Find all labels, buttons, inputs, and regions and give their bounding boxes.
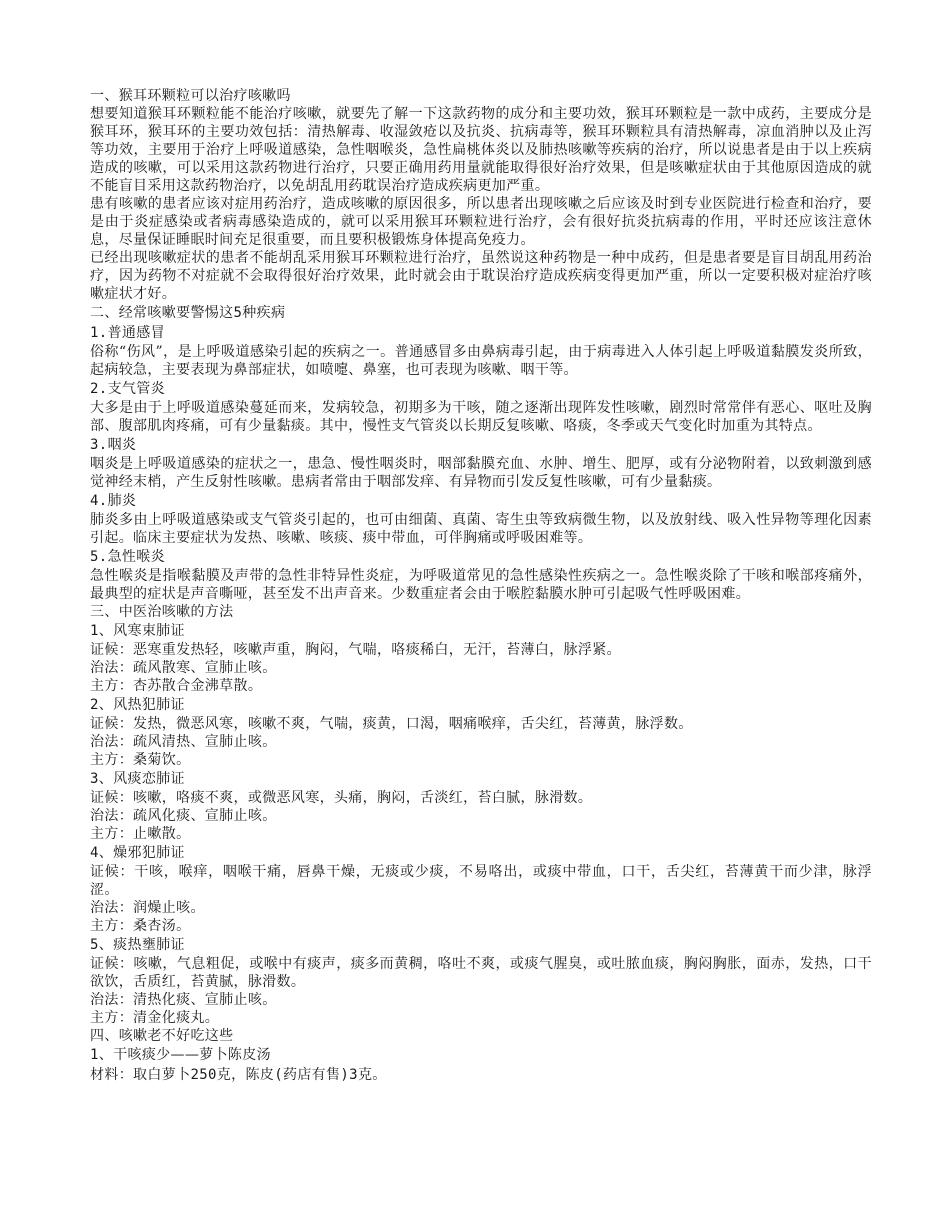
subheading: 3、风痰恋肺证 [90,769,872,789]
paragraph: 咽炎是上呼吸道感染的症状之一，患急、慢性咽炎时，咽部黏膜充血、水肿、增生、肥厚，… [90,455,872,491]
section-title-number: 5 [234,305,243,321]
paragraph: 大多是由于上呼吸道感染蔓延而来，发病较急，初期多为干咳，随之逐渐出现阵发性咳嗽，… [90,399,872,435]
paragraph: 已经出现咳嗽症状的患者不能胡乱采用猴耳环颗粒进行治疗，虽然说这种药物是一种中成药… [90,249,872,303]
subheading-text: 肺炎 [108,493,137,509]
materials-mid: 克，陈皮 [217,1067,274,1083]
subheading: 1、干咳痰少——萝卜陈皮汤 [90,1045,872,1065]
symptoms-line: 证候：干咳，喉痒，咽喉干痛，唇鼻干燥，无痰或少痰，不易咯出，或痰中带血，口干，舌… [90,863,872,899]
section-title: 二、经常咳嗽要警惕这5种疾病 [90,303,872,323]
subheading-number: 2. [90,381,108,397]
symptoms-line: 证候：恶寒重发热轻，咳嗽声重，胸闷，气喘，咯痰稀白，无汗，苔薄白，脉浮紧。 [90,641,872,659]
subheading-text: 支气管炎 [108,381,165,397]
subheading-text: 、燥邪犯肺证 [99,845,185,861]
formula-line: 主方：桑菊饮。 [90,751,872,769]
subheading-text: 急性喉炎 [108,549,165,565]
subheading-number: 2 [90,697,99,713]
subheading: 4、燥邪犯肺证 [90,843,872,863]
section-title: 四、咳嗽老不好吃这些 [90,1027,872,1045]
subheading-number: 4. [90,493,108,509]
subheading-number: 1. [90,325,108,341]
materials-line: 材料：取白萝卜250克，陈皮(药店有售)3克。 [90,1065,872,1085]
subheading-number: 1 [90,623,99,639]
treatment-line: 治法：润燥止咳。 [90,899,872,917]
paragraph: 俗称“伤风”，是上呼吸道感染引起的疾病之一。普通感冒多由鼻病毒引起，由于病毒进入… [90,343,872,379]
symptoms-line: 证候：咳嗽，气息粗促，或喉中有痰声，痰多而黄稠，咯吐不爽，或痰气腥臭，或吐脓血痰… [90,955,872,991]
subheading: 3.咽炎 [90,435,872,455]
symptoms-line: 证候：咳嗽，咯痰不爽，或微恶风寒，头痛，胸闷，舌淡红，苔白腻，脉滑数。 [90,789,872,807]
symptoms-line: 证候：发热，微恶风寒，咳嗽不爽，气喘，痰黄，口渴，咽痛喉痒，舌尖红，苔薄黄，脉浮… [90,715,872,733]
subheading: 4.肺炎 [90,491,872,511]
subheading: 2、风热犯肺证 [90,695,872,715]
treatment-line: 治法：疏风散寒、宣肺止咳。 [90,659,872,677]
subheading: 2.支气管炎 [90,379,872,399]
formula-line: 主方：清金化痰丸。 [90,1009,872,1027]
materials-suffix: 克。 [358,1067,387,1083]
article-body: 一、猴耳环颗粒可以治疗咳嗽吗 想要知道猴耳环颗粒能不能治疗咳嗽，就要先了解一下这… [90,87,872,1085]
subheading-text: 、干咳痰少——萝卜陈皮汤 [99,1047,271,1063]
paragraph: 急性喉炎是指喉黏膜及声带的急性非特异性炎症，为呼吸道常见的急性感染性疾病之一。急… [90,567,872,603]
subheading-number: 5 [90,937,99,953]
materials-amount: 250 [190,1067,216,1083]
treatment-line: 治法：疏风清热、宣肺止咳。 [90,733,872,751]
section-title: 一、猴耳环颗粒可以治疗咳嗽吗 [90,87,872,105]
paragraph: 想要知道猴耳环颗粒能不能治疗咳嗽，就要先了解一下这款药物的成分和主要功效，猴耳环… [90,105,872,195]
subheading-text: 、风寒束肺证 [99,623,185,639]
subheading-number: 4 [90,845,99,861]
paragraph: 肺炎多由上呼吸道感染或支气管炎引起的，也可由细菌、真菌、寄生虫等致病微生物，以及… [90,511,872,547]
materials-paren: (药店有售)3 [274,1067,358,1083]
subheading-number: 5. [90,549,108,565]
formula-line: 主方：杏苏散合金沸草散。 [90,677,872,695]
subheading-number: 3. [90,437,108,453]
subheading-text: 普通感冒 [108,325,165,341]
treatment-line: 治法：疏风化痰、宣肺止咳。 [90,807,872,825]
subheading-text: 、风痰恋肺证 [99,771,185,787]
subheading: 5.急性喉炎 [90,547,872,567]
subheading: 1.普通感冒 [90,323,872,343]
section-title-suffix: 种疾病 [242,305,285,321]
subheading-text: 、痰热壅肺证 [99,937,185,953]
subheading-text: 、风热犯肺证 [99,697,185,713]
paragraph: 患有咳嗽的患者应该对症用药治疗，造成咳嗽的原因很多，所以患者出现咳嗽之后应该及时… [90,195,872,249]
subheading-number: 3 [90,771,99,787]
subheading: 5、痰热壅肺证 [90,935,872,955]
section-title-prefix: 二、经常咳嗽要警惕这 [90,305,234,321]
treatment-line: 治法：清热化痰、宣肺止咳。 [90,991,872,1009]
subheading-number: 1 [90,1047,99,1063]
formula-line: 主方：止嗽散。 [90,825,872,843]
subheading-text: 咽炎 [108,437,137,453]
materials-prefix: 材料：取白萝卜 [90,1067,190,1083]
subheading: 1、风寒束肺证 [90,621,872,641]
section-title: 三、中医治咳嗽的方法 [90,603,872,621]
formula-line: 主方：桑杏汤。 [90,917,872,935]
